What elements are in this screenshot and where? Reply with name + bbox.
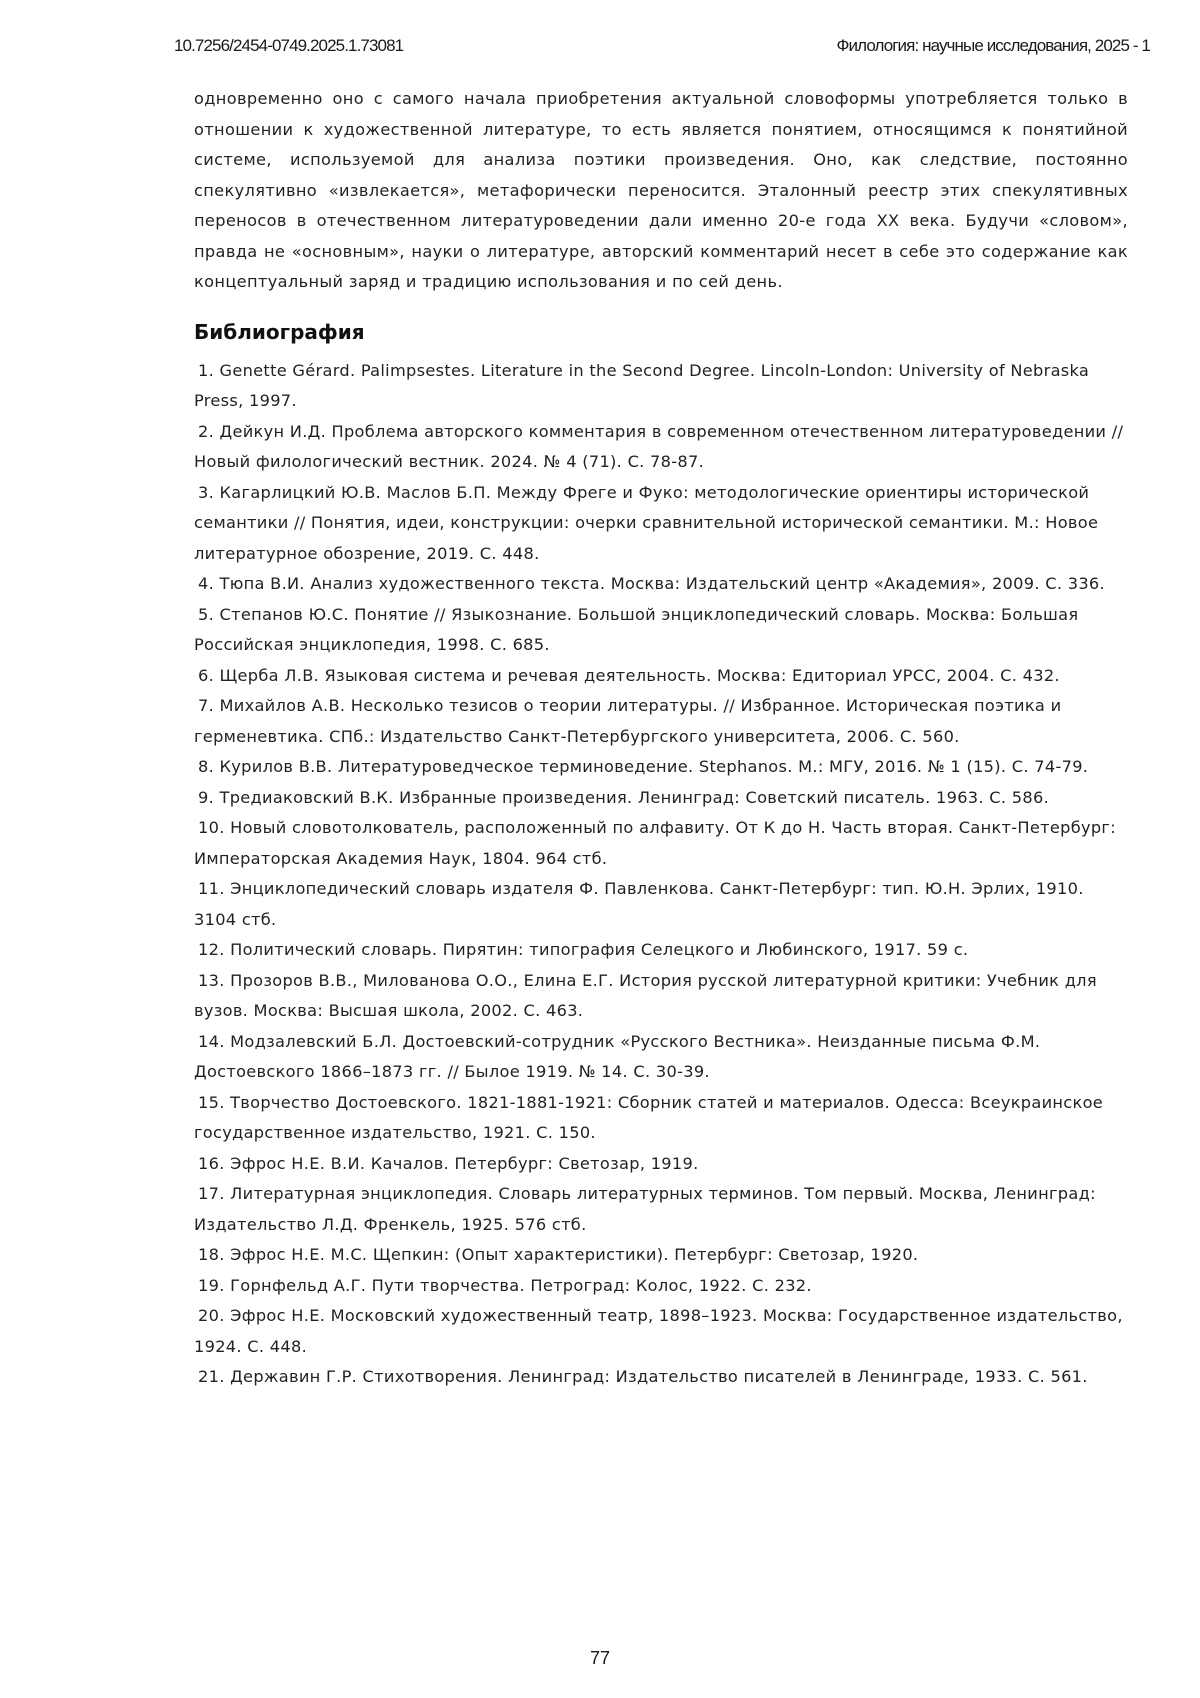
body-paragraph: одновременно оно с самого начала приобре… [194,84,1128,298]
bibliography-item: 16.Эфрос Н.Е. В.И. Качалов. Петербург: С… [194,1149,1128,1180]
bibliography-item-number: 4. [198,574,220,593]
bibliography-item: 11.Энциклопедический словарь издателя Ф.… [194,874,1128,935]
bibliography-item-text: Тюпа В.И. Анализ художественного текста.… [220,574,1105,593]
bibliography-item-text: Эфрос Н.Е. Московский художественный теа… [194,1306,1123,1356]
bibliography-item: 21.Державин Г.Р. Стихотворения. Ленингра… [194,1362,1128,1393]
bibliography-item-number: 14. [198,1032,230,1051]
bibliography-item-text: Державин Г.Р. Стихотворения. Ленинград: … [230,1367,1088,1386]
bibliography-item-text: Щерба Л.В. Языковая система и речевая де… [220,666,1060,685]
bibliography-item-number: 16. [198,1154,230,1173]
bibliography-item-number: 21. [198,1367,230,1386]
bibliography-item: 15.Творчество Достоевского. 1821-1881-19… [194,1088,1128,1149]
bibliography-item-number: 12. [198,940,230,959]
bibliography-item: 10.Новый словотолкователь, расположенный… [194,813,1128,874]
bibliography-item-number: 7. [198,696,220,715]
bibliography-item: 3.Кагарлицкий Ю.В. Маслов Б.П. Между Фре… [194,478,1128,570]
journal-title: Филология: научные исследования, 2025 - … [836,36,1150,56]
bibliography-item-number: 20. [198,1306,230,1325]
bibliography-item-text: Прозоров В.В., Милованова О.О., Елина Е.… [194,971,1097,1021]
page-number: 77 [0,1648,1200,1669]
bibliography-item: 9.Тредиаковский В.К. Избранные произведе… [194,783,1128,814]
bibliography-list: 1.Genette Gérard. Palimpsestes. Literatu… [194,356,1128,1393]
bibliography-item-text: Тредиаковский В.К. Избранные произведени… [220,788,1050,807]
bibliography-item: 13.Прозоров В.В., Милованова О.О., Елина… [194,966,1128,1027]
bibliography-item-text: Новый словотолкователь, расположенный по… [194,818,1116,868]
bibliography-item: 4.Тюпа В.И. Анализ художественного текст… [194,569,1128,600]
bibliography-item-number: 15. [198,1093,230,1112]
bibliography-item: 7.Михайлов А.В. Несколько тезисов о теор… [194,691,1128,752]
bibliography-item: 17.Литературная энциклопедия. Словарь ли… [194,1179,1128,1240]
bibliography-item-number: 19. [198,1276,230,1295]
bibliography-item: 5.Степанов Ю.С. Понятие // Языкознание. … [194,600,1128,661]
bibliography-item-number: 5. [198,605,220,624]
bibliography-item: 14.Модзалевский Б.Л. Достоевский-сотрудн… [194,1027,1128,1088]
bibliography-item-text: Политический словарь. Пирятин: типографи… [230,940,968,959]
bibliography-item: 20.Эфрос Н.Е. Московский художественный … [194,1301,1128,1362]
page-content: одновременно оно с самого начала приобре… [194,84,1128,1393]
bibliography-item-text: Степанов Ю.С. Понятие // Языкознание. Бо… [194,605,1078,655]
bibliography-item: 19.Горнфельд А.Г. Пути творчества. Петро… [194,1271,1128,1302]
page-header: 10.7256/2454-0749.2025.1.73081 Филология… [174,36,1150,60]
bibliography-item-number: 10. [198,818,230,837]
bibliography-item-text: Genette Gérard. Palimpsestes. Literature… [194,361,1089,411]
bibliography-item-number: 9. [198,788,220,807]
bibliography-item-text: Эфрос Н.Е. В.И. Качалов. Петербург: Свет… [230,1154,698,1173]
bibliography-item-number: 8. [198,757,220,776]
bibliography-item-text: Горнфельд А.Г. Пути творчества. Петрогра… [230,1276,812,1295]
bibliography-item-text: Литературная энциклопедия. Словарь литер… [194,1184,1096,1234]
bibliography-item-number: 17. [198,1184,230,1203]
bibliography-item-text: Михайлов А.В. Несколько тезисов о теории… [194,696,1061,746]
bibliography-item-text: Энциклопедический словарь издателя Ф. Па… [194,879,1084,929]
bibliography-item-text: Кагарлицкий Ю.В. Маслов Б.П. Между Фреге… [194,483,1098,563]
bibliography-item-text: Курилов В.В. Литературоведческое термино… [220,757,1089,776]
doi-label: 10.7256/2454-0749.2025.1.73081 [174,36,403,56]
bibliography-item-number: 11. [198,879,230,898]
bibliography-item: 8.Курилов В.В. Литературоведческое терми… [194,752,1128,783]
bibliography-item-text: Эфрос Н.Е. М.С. Щепкин: (Опыт характерис… [230,1245,918,1264]
bibliography-item-text: Творчество Достоевского. 1821-1881-1921:… [194,1093,1103,1143]
bibliography-item: 6.Щерба Л.В. Языковая система и речевая … [194,661,1128,692]
bibliography-item: 12.Политический словарь. Пирятин: типогр… [194,935,1128,966]
bibliography-heading: Библиография [194,318,1128,346]
bibliography-item-number: 13. [198,971,230,990]
bibliography-item-number: 18. [198,1245,230,1264]
bibliography-item-number: 2. [198,422,220,441]
bibliography-item-number: 3. [198,483,220,502]
bibliography-item-text: Дейкун И.Д. Проблема авторского коммента… [194,422,1123,472]
bibliography-item: 2.Дейкун И.Д. Проблема авторского коммен… [194,417,1128,478]
bibliography-item-text: Модзалевский Б.Л. Достоевский-сотрудник … [194,1032,1040,1082]
bibliography-item-number: 6. [198,666,220,685]
bibliography-item: 18.Эфрос Н.Е. М.С. Щепкин: (Опыт характе… [194,1240,1128,1271]
bibliography-item: 1.Genette Gérard. Palimpsestes. Literatu… [194,356,1128,417]
bibliography-item-number: 1. [198,361,220,380]
